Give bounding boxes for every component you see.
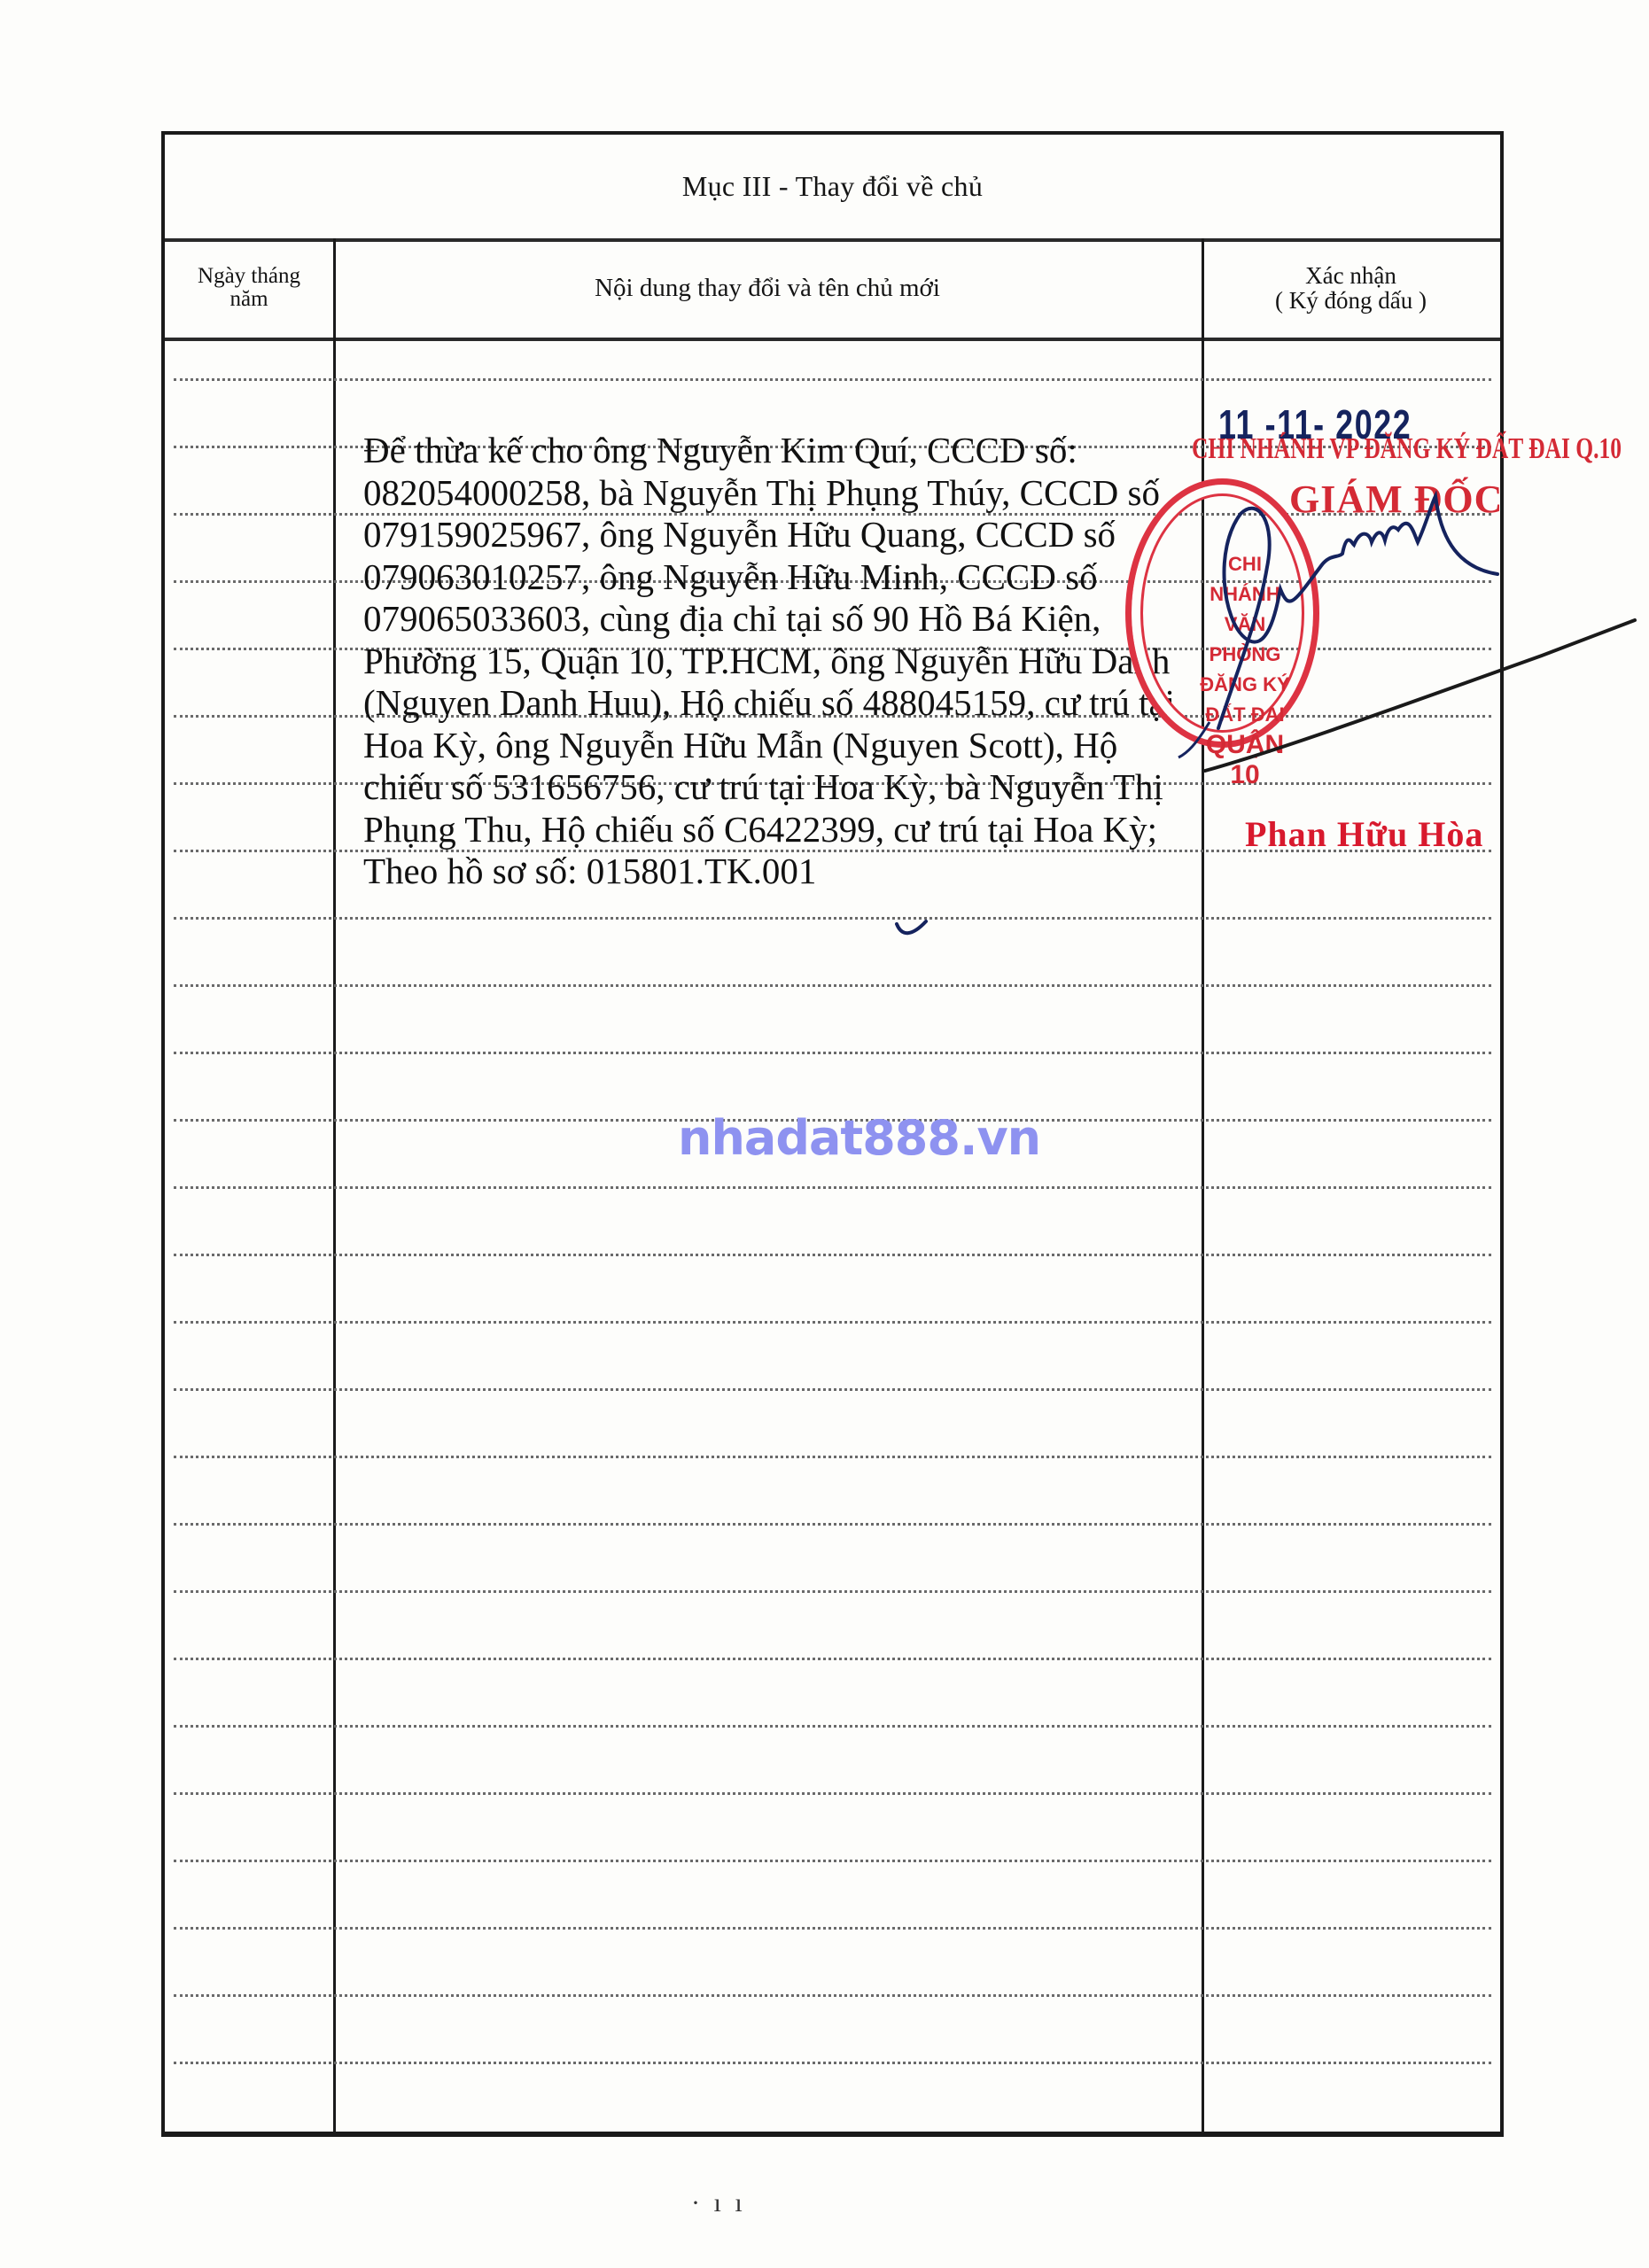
seal-text: CHI NHÁNH VĂN PHÒNG ĐĂNG KÝ ĐẤT ĐAI QUẬN… [1192,549,1298,790]
column-header-content: Nội dung thay đổi và tên chủ mới [333,238,1202,338]
dotted-rule [174,917,1491,920]
dotted-rule [174,1658,1491,1660]
dotted-rule [174,1927,1491,1930]
content-line: Để thừa kế cho ông Nguyễn Kim Quí, CCCD … [363,430,1214,472]
dotted-rule [174,1860,1491,1862]
dotted-rule [174,1321,1491,1324]
dotted-rule [174,1052,1491,1054]
scan-artifact: · ı ı [691,2188,746,2218]
dotted-rule [174,1456,1491,1458]
dotted-rule [174,1792,1491,1795]
entry-content: Để thừa kế cho ông Nguyễn Kim Quí, CCCD … [363,430,1214,893]
section-title: Mục III - Thay đổi về chủ [165,135,1500,242]
dotted-rule [174,984,1491,987]
dotted-rule [174,1254,1491,1256]
dotted-rule [174,1186,1491,1189]
column-divider [333,238,336,2132]
dotted-rule [174,1590,1491,1593]
content-line: Phụng Thu, Hộ chiếu số C6422399, cư trú … [363,809,1214,851]
content-line: Hoa Kỳ, ông Nguyễn Hữu Mẫn (Nguyen Scott… [363,725,1214,767]
column-header-confirmation: Xác nhận ( Ký đóng dấu ) [1202,238,1500,338]
office-stamp: CHI NHÁNH VP ĐĂNG KÝ ĐẤT ĐAI Q.10 [1192,432,1622,466]
content-line: Phường 15, Quận 10, TP.HCM, ông Nguyễn H… [363,641,1214,683]
position-stamp: GIÁM ĐỐC [1289,477,1503,522]
content-line: chiếu số 531656756, cư trú tại Hoa Kỳ, b… [363,766,1214,809]
dotted-rule [174,2062,1491,2064]
content-line: 082054000258, bà Nguyễn Thị Phụng Thúy, … [363,472,1214,515]
column-header-date: Ngày tháng năm [165,238,333,338]
dotted-rule [174,1725,1491,1728]
content-line: 079063010257, ông Nguyễn Hữu Minh, CCCD … [363,556,1214,599]
content-line: 079159025967, ông Nguyễn Hữu Quang, CCCD… [363,514,1214,556]
content-line: (Nguyen Danh Huu), Hộ chiếu số 488045159… [363,682,1214,725]
signer-name-stamp: Phan Hữu Hòa [1245,813,1483,855]
content-line: 079065033603, cùng địa chỉ tại số 90 Hồ … [363,598,1214,641]
dotted-rule [174,1994,1491,1997]
watermark: nhadat888.vn [678,1110,1040,1166]
column-header-row: Ngày tháng năm Nội dung thay đổi và tên … [165,238,1500,341]
dotted-rule [174,378,1491,381]
dotted-rule [174,1523,1491,1526]
content-line: Theo hồ sơ số: 015801.TK.001 [363,850,1214,893]
dotted-rule [174,1388,1491,1391]
